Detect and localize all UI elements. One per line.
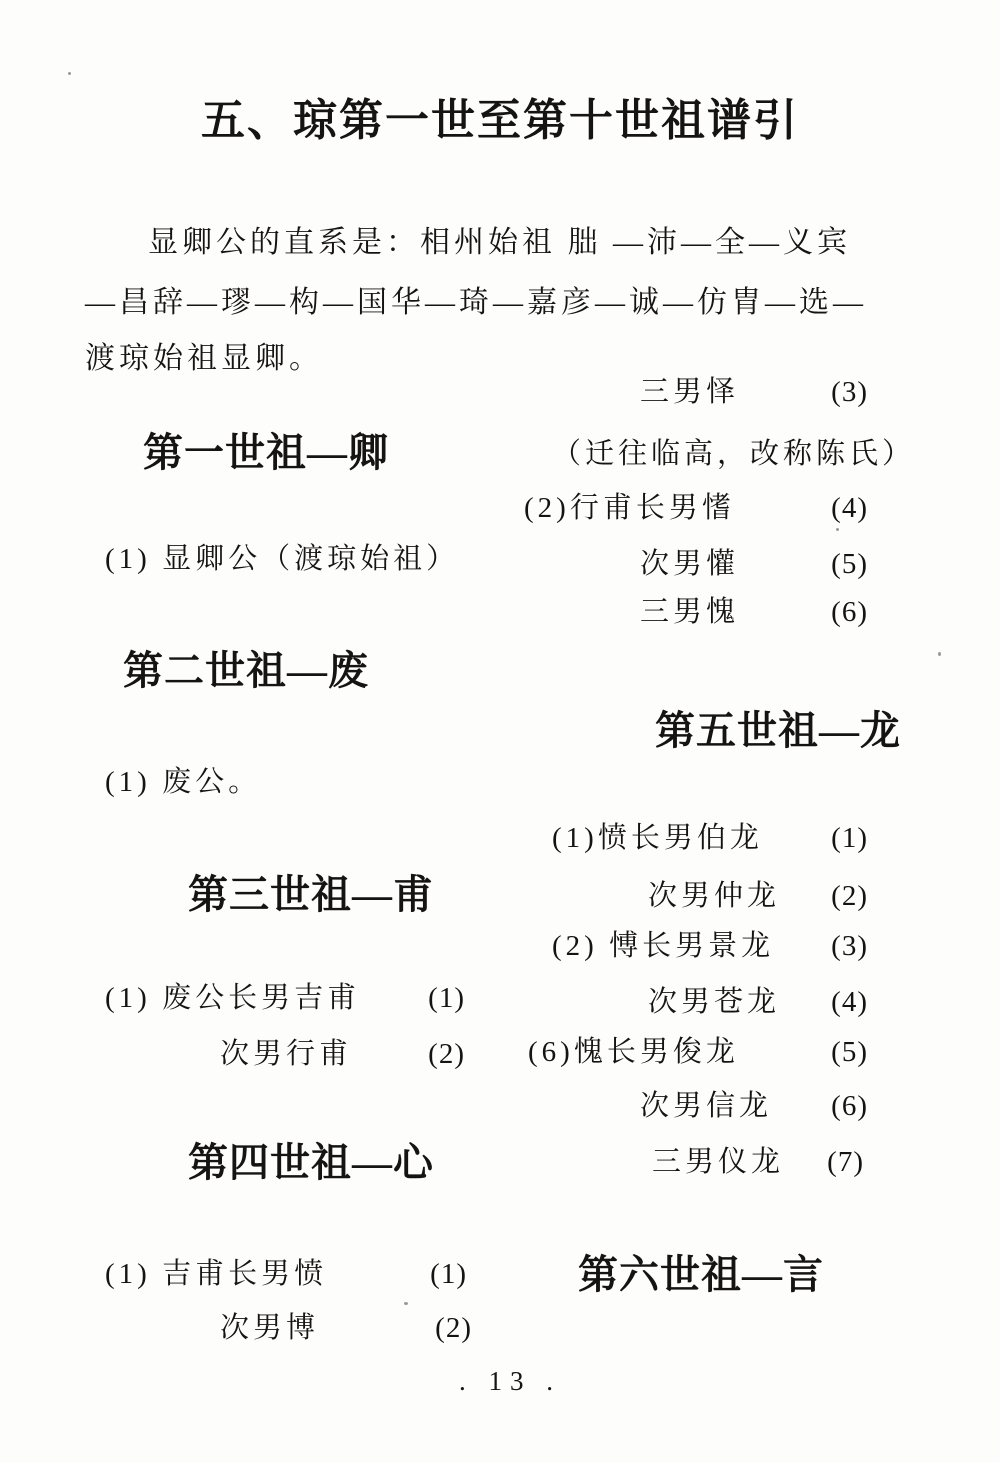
section2-entry-1: (1) 废公。 bbox=[105, 766, 261, 799]
intro-line-1: 显卿公的直系是：相州始祖 朏 —沛—全—义宾 bbox=[148, 226, 851, 261]
section5-heading: 第五世祖—龙 bbox=[655, 708, 901, 754]
entry-name: 三男怿 bbox=[640, 376, 739, 409]
entry-number: (4) bbox=[831, 492, 868, 525]
section3-heading: 第三世祖—甫 bbox=[188, 872, 434, 918]
entry-number: (5) bbox=[831, 1036, 868, 1069]
entry-number: (6) bbox=[831, 596, 868, 629]
section5-entry-5: (6)愧长男俊龙 (5) bbox=[528, 1036, 868, 1069]
section6-heading: 第六世祖—言 bbox=[578, 1252, 824, 1298]
entry-name: 次男博 bbox=[220, 1312, 319, 1345]
scan-speck bbox=[404, 1302, 408, 1305]
entry-name: 次男懽 bbox=[640, 548, 739, 581]
section4-entry-2: 次男博 (2) bbox=[220, 1312, 472, 1345]
gen4-entry-6: 三男愧 (6) bbox=[640, 596, 868, 629]
intro-line-3: 渡琼始祖显卿。 bbox=[85, 342, 323, 377]
section3-entry-1: (1) 废公长男吉甫 (1) bbox=[105, 982, 465, 1015]
entry-name: 三男仪龙 bbox=[652, 1146, 784, 1179]
scan-speck bbox=[938, 652, 941, 656]
gen4-entry-4: (2)行甫长男愭 (4) bbox=[524, 492, 868, 525]
gen4-note: （迁往临高，改称陈氏） bbox=[552, 438, 915, 471]
entry-name: 次男苍龙 bbox=[648, 986, 780, 1019]
entry-number: (3) bbox=[831, 376, 868, 409]
section1-entry-1: (1) 显卿公（渡琼始祖） bbox=[105, 543, 459, 576]
gen4-entry-5: 次男懽 (5) bbox=[640, 548, 868, 581]
section2-heading: 第二世祖—废 bbox=[123, 648, 369, 694]
entry-name: (6)愧长男俊龙 bbox=[528, 1036, 739, 1069]
entry-number: (3) bbox=[831, 930, 868, 963]
entry-name: (1) 废公长男吉甫 bbox=[105, 982, 360, 1015]
section5-entry-4: 次男苍龙 (4) bbox=[648, 986, 868, 1019]
section4-entry-1: (1) 吉甫长男愤 (1) bbox=[105, 1258, 467, 1291]
entry-name: 三男愧 bbox=[640, 596, 739, 629]
entry-number: (1) bbox=[428, 982, 465, 1015]
scan-speck bbox=[836, 528, 839, 531]
entry-name: (2) 愽长男景龙 bbox=[552, 930, 774, 963]
entry-number: (2) bbox=[831, 880, 868, 913]
entry-number: (1) bbox=[831, 822, 868, 855]
entry-number: (2) bbox=[428, 1038, 465, 1071]
section1-heading: 第一世祖—卿 bbox=[143, 430, 389, 476]
page-number: . 13 . bbox=[0, 1366, 1000, 1397]
section5-entry-2: 次男仲龙 (2) bbox=[648, 880, 868, 913]
section4-heading: 第四世祖—心 bbox=[188, 1140, 434, 1186]
entry-number: (4) bbox=[831, 986, 868, 1019]
entry-name: (1) 吉甫长男愤 bbox=[105, 1258, 327, 1291]
entry-number: (1) bbox=[430, 1258, 467, 1291]
page-title: 五、琼第一世至第十世祖谱引 bbox=[0, 96, 1000, 147]
entry-name: 次男仲龙 bbox=[648, 880, 780, 913]
section5-entry-6: 次男信龙 (6) bbox=[640, 1090, 868, 1123]
section5-entry-1: (1)愤长男伯龙 (1) bbox=[552, 822, 868, 855]
entry-name: (2)行甫长男愭 bbox=[524, 492, 735, 525]
entry-name: (1)愤长男伯龙 bbox=[552, 822, 763, 855]
scanned-genealogy-page: 五、琼第一世至第十世祖谱引 显卿公的直系是：相州始祖 朏 —沛—全—义宾 —昌辞… bbox=[0, 0, 1000, 1463]
entry-name: 次男行甫 bbox=[220, 1038, 352, 1071]
section5-entry-3: (2) 愽长男景龙 (3) bbox=[552, 930, 868, 963]
section5-entry-7: 三男仪龙 (7) bbox=[652, 1146, 864, 1179]
entry-name: 次男信龙 bbox=[640, 1090, 772, 1123]
entry-number: (7) bbox=[827, 1146, 864, 1179]
scan-speck bbox=[68, 72, 71, 75]
entry-number: (5) bbox=[831, 548, 868, 581]
section3-entry-2: 次男行甫 (2) bbox=[220, 1038, 465, 1071]
entry-number: (2) bbox=[435, 1312, 472, 1345]
entry-number: (6) bbox=[831, 1090, 868, 1123]
intro-line-2: —昌辞—璆—构—国华—琦—嘉彦—诚—仿胄—选— bbox=[85, 286, 867, 321]
gen4-entry-3: 三男怿 (3) bbox=[640, 376, 868, 409]
